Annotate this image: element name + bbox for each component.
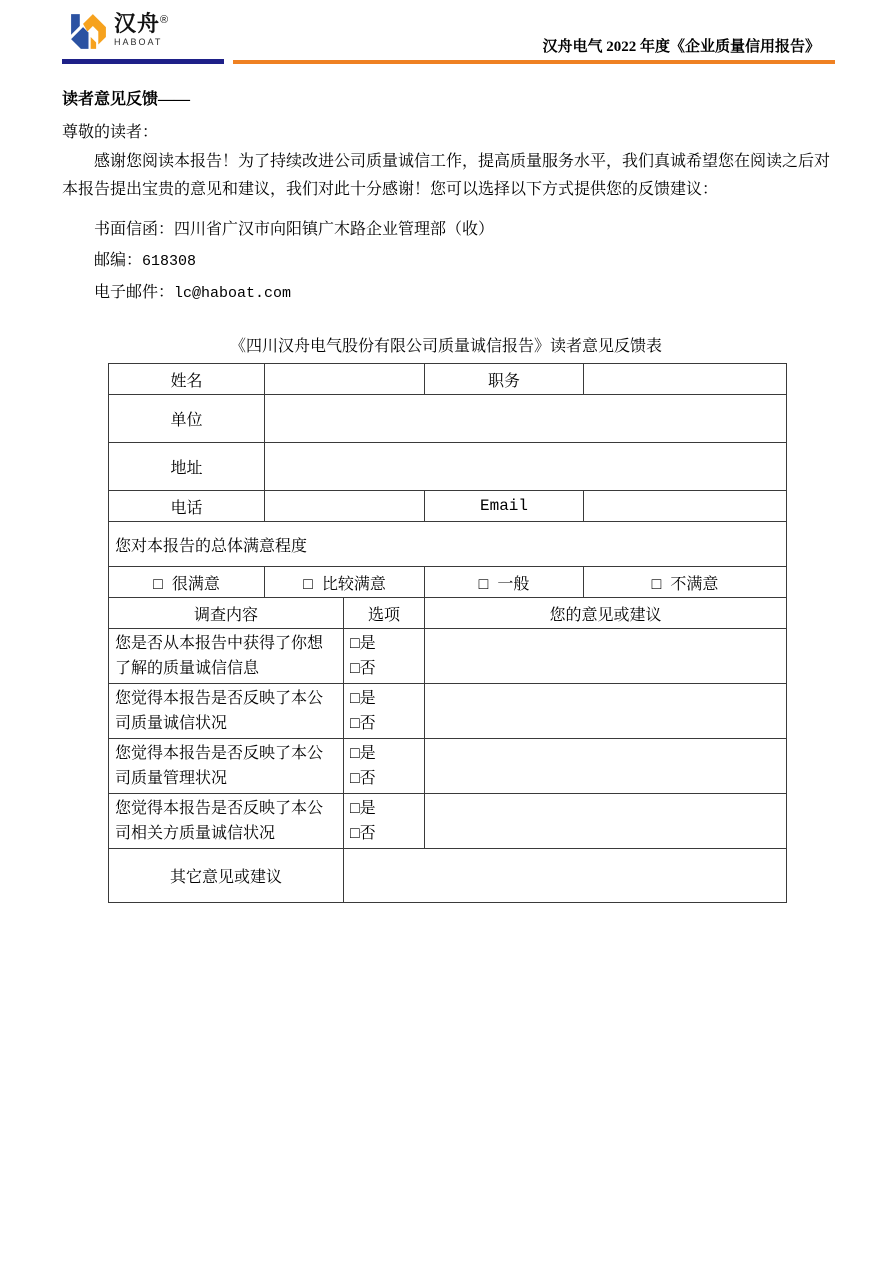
option-yes[interactable]: □是	[350, 796, 418, 821]
contact-email-label: 电子邮件：	[94, 284, 174, 301]
satisfaction-option-neutral[interactable]: □一般	[425, 567, 584, 598]
haboat-logo: 汉舟® HABOAT	[70, 13, 168, 50]
survey-header-comment: 您的意见或建议	[425, 598, 787, 629]
table-row: 单位	[109, 395, 787, 443]
feedback-table: 姓名 职务 单位 地址 电话 Email	[108, 363, 787, 903]
option-yes-label: 是	[360, 690, 376, 707]
checkbox-icon[interactable]: □	[479, 576, 489, 594]
option-yes-label: 是	[360, 635, 376, 652]
report-page: 汉舟® HABOAT 汉舟电气 2022 年度《企业质量信用报告》 读者意见反馈…	[0, 0, 892, 1262]
contact-mail-label: 书面信函：	[94, 221, 174, 238]
survey-row: 您觉得本报告是否反映了本公司相关方质量诚信状况 □是 □否	[109, 794, 787, 849]
checkbox-icon[interactable]: □	[303, 576, 313, 594]
option-no-label: 否	[360, 660, 376, 677]
table-row: 姓名 职务	[109, 364, 787, 395]
option-no[interactable]: □否	[350, 711, 418, 736]
header-rule-gap	[224, 59, 233, 64]
satisfaction-option-very-satisfied[interactable]: □很满意	[109, 567, 265, 598]
registered-mark-icon: ®	[160, 14, 168, 26]
comment-input-cell[interactable]	[425, 629, 787, 684]
haboat-logo-icon	[70, 13, 107, 50]
email-label: Email	[425, 491, 584, 522]
checkbox-icon[interactable]: □	[350, 766, 360, 791]
checkbox-icon[interactable]: □	[350, 821, 360, 846]
checkbox-icon[interactable]: □	[350, 711, 360, 736]
company-label: 单位	[109, 395, 265, 443]
email-input-cell[interactable]	[584, 491, 787, 522]
table-row: 调查内容 选项 您的意见或建议	[109, 598, 787, 629]
survey-row: 您是否从本报告中获得了你想了解的质量诚信信息 □是 □否	[109, 629, 787, 684]
logo-text: 汉舟® HABOAT	[114, 13, 168, 47]
survey-question: 您觉得本报告是否反映了本公司相关方质量诚信状况	[109, 794, 344, 849]
survey-options-cell: □是 □否	[344, 739, 425, 794]
section-heading: 读者意见反馈——	[62, 86, 830, 109]
survey-question: 您觉得本报告是否反映了本公司质量管理状况	[109, 739, 344, 794]
position-label: 职务	[425, 364, 584, 395]
survey-options-cell: □是 □否	[344, 684, 425, 739]
option-yes[interactable]: □是	[350, 686, 418, 711]
contact-email-line: 电子邮件：lc@haboat.com	[94, 277, 830, 309]
logo-en-text: HABOAT	[114, 38, 168, 47]
feedback-paragraph: 感谢您阅读本报告！为了持续改进公司质量诚信工作，提高质量服务水平，我们真诚希望您…	[62, 148, 830, 204]
salutation: 尊敬的读者：	[62, 119, 830, 142]
option-no-label: 否	[360, 825, 376, 842]
position-input-cell[interactable]	[584, 364, 787, 395]
survey-question: 您是否从本报告中获得了你想了解的质量诚信信息	[109, 629, 344, 684]
checkbox-icon[interactable]: □	[350, 796, 360, 821]
page-content: 读者意见反馈—— 尊敬的读者： 感谢您阅读本报告！为了持续改进公司质量诚信工作，…	[62, 86, 830, 903]
table-row: 您对本报告的总体满意程度	[109, 522, 787, 567]
satisfaction-option-unsatisfied[interactable]: □不满意	[584, 567, 787, 598]
table-row: □很满意 □比较满意 □一般 □不满意	[109, 567, 787, 598]
address-input-cell[interactable]	[265, 443, 787, 491]
table-row: 其它意见或建议	[109, 849, 787, 903]
other-comments-input-cell[interactable]	[344, 849, 787, 903]
address-label: 地址	[109, 443, 265, 491]
satisfaction-option-fairly-satisfied[interactable]: □比较满意	[265, 567, 425, 598]
contact-mail-line: 书面信函：四川省广汉市向阳镇广木路企业管理部（收）	[94, 214, 830, 245]
contact-email-value: lc@haboat.com	[174, 285, 291, 302]
option-yes[interactable]: □是	[350, 631, 418, 656]
checkbox-icon[interactable]: □	[350, 631, 360, 656]
comment-input-cell[interactable]	[425, 684, 787, 739]
option-yes-label: 是	[360, 745, 376, 762]
survey-row: 您觉得本报告是否反映了本公司质量管理状况 □是 □否	[109, 739, 787, 794]
option-no[interactable]: □否	[350, 766, 418, 791]
contact-mail-value: 四川省广汉市向阳镇广木路企业管理部（收）	[174, 221, 494, 238]
option-no[interactable]: □否	[350, 821, 418, 846]
other-comments-label: 其它意见或建议	[109, 849, 344, 903]
option-yes[interactable]: □是	[350, 741, 418, 766]
phone-label: 电话	[109, 491, 265, 522]
checkbox-icon[interactable]: □	[350, 741, 360, 766]
survey-question: 您觉得本报告是否反映了本公司质量诚信状况	[109, 684, 344, 739]
option-no-label: 否	[360, 770, 376, 787]
logo-cn-text: 汉舟	[114, 11, 160, 36]
satisfaction-prompt: 您对本报告的总体满意程度	[109, 522, 787, 567]
option-no[interactable]: □否	[350, 656, 418, 681]
header-rule-orange	[233, 60, 835, 64]
contact-zip-line: 邮编：618308	[94, 245, 830, 277]
survey-header-option: 选项	[344, 598, 425, 629]
contact-zip-value: 618308	[142, 253, 196, 270]
contact-zip-label: 邮编：	[94, 252, 142, 269]
report-header-title: 汉舟电气 2022 年度《企业质量信用报告》	[542, 35, 820, 56]
survey-options-cell: □是 □否	[344, 629, 425, 684]
satisfaction-option-label: 不满意	[670, 576, 718, 593]
name-label: 姓名	[109, 364, 265, 395]
comment-input-cell[interactable]	[425, 794, 787, 849]
checkbox-icon[interactable]: □	[652, 576, 662, 594]
checkbox-icon[interactable]: □	[153, 576, 163, 594]
table-row: 地址	[109, 443, 787, 491]
feedback-table-title: 《四川汉舟电气股份有限公司质量诚信报告》读者意见反馈表	[62, 333, 830, 356]
satisfaction-option-label: 一般	[497, 576, 529, 593]
checkbox-icon[interactable]: □	[350, 656, 360, 681]
satisfaction-option-label: 很满意	[172, 576, 220, 593]
survey-header-content: 调查内容	[109, 598, 344, 629]
checkbox-icon[interactable]: □	[350, 686, 360, 711]
comment-input-cell[interactable]	[425, 739, 787, 794]
company-input-cell[interactable]	[265, 395, 787, 443]
name-input-cell[interactable]	[265, 364, 425, 395]
survey-row: 您觉得本报告是否反映了本公司质量诚信状况 □是 □否	[109, 684, 787, 739]
table-row: 电话 Email	[109, 491, 787, 522]
phone-input-cell[interactable]	[265, 491, 425, 522]
satisfaction-option-label: 比较满意	[322, 576, 386, 593]
survey-options-cell: □是 □否	[344, 794, 425, 849]
header-rule-blue	[62, 59, 224, 64]
option-yes-label: 是	[360, 800, 376, 817]
option-no-label: 否	[360, 715, 376, 732]
header-rule	[62, 59, 835, 64]
